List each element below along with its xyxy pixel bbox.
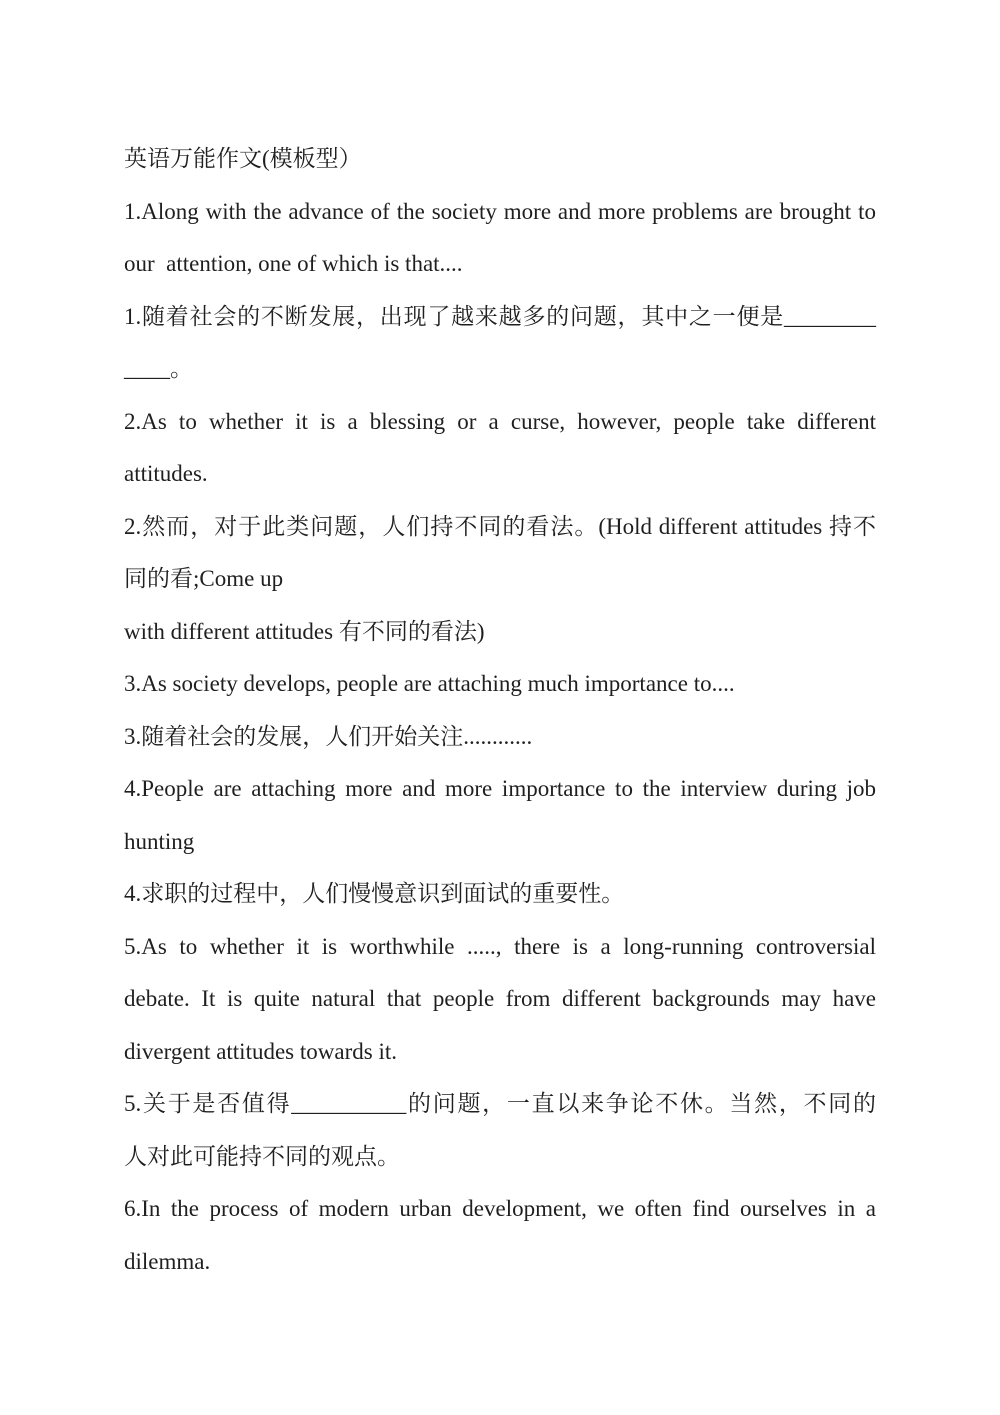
line-1-zh-2: ____。 [124, 343, 876, 396]
line-5-zh-2: 人对此可能持不同的观点。 [124, 1131, 876, 1184]
line-4-en-2: hunting [124, 816, 876, 869]
line-3-zh: 3.随着社会的发展，人们开始关注............ [124, 711, 876, 764]
line-1-en-1: 1.Along with the advance of the society … [124, 186, 876, 239]
line-6-en-1: 6.In the process of modern urban develop… [124, 1183, 876, 1236]
line-6-en-2: dilemma. [124, 1236, 876, 1289]
line-3-en: 3.As society develops, people are attach… [124, 658, 876, 711]
line-5-zh-1: 5.关于是否值得__________的问题，一直以来争论不休。当然，不同的 [124, 1078, 876, 1131]
line-2-zh-1: 2.然而，对于此类问题，人们持不同的看法。(Hold different att… [124, 501, 876, 554]
line-2-zh-2: 同的看;Come up [124, 553, 876, 606]
line-2-zh-3: with different attitudes 有不同的看法) [124, 606, 876, 659]
line-1-en-2: our attention, one of which is that.... [124, 238, 876, 291]
line-5-en-1: 5.As to whether it is worthwhile ....., … [124, 921, 876, 974]
line-4-en-1: 4.People are attaching more and more imp… [124, 763, 876, 816]
line-1-zh-1: 1.随着社会的不断发展，出现了越来越多的问题，其中之一便是________ [124, 291, 876, 344]
line-5-en-2: debate. It is quite natural that people … [124, 973, 876, 1026]
doc-title: 英语万能作文(模板型） [124, 133, 876, 186]
line-5-en-3: divergent attitudes towards it. [124, 1026, 876, 1079]
line-4-zh: 4.求职的过程中，人们慢慢意识到面试的重要性。 [124, 868, 876, 921]
line-2-en-2: attitudes. [124, 448, 876, 501]
document-page: 英语万能作文(模板型） 1.Along with the advance of … [0, 0, 1000, 1415]
line-2-en-1: 2.As to whether it is a blessing or a cu… [124, 396, 876, 449]
